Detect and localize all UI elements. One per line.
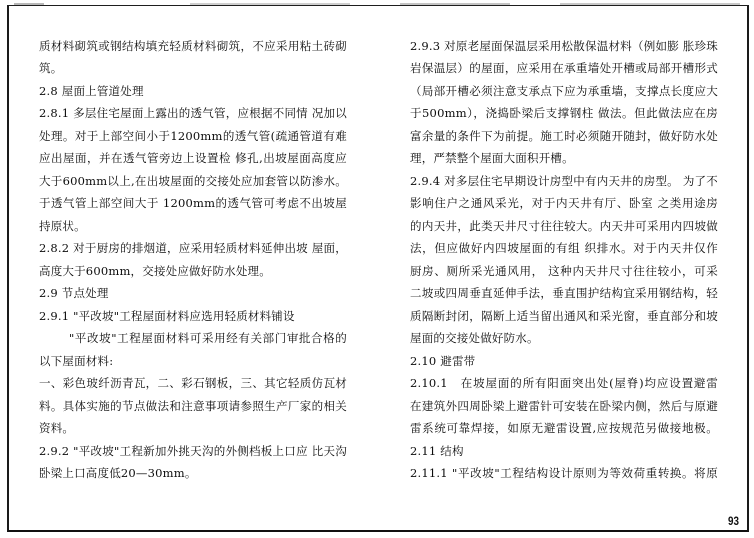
section-heading: 2.11 结构 xyxy=(410,440,718,463)
text-line: 料。具体实施的节点做法和注意事项请参照生产厂家的相关 xyxy=(39,395,347,418)
text-line: 2.8.1 多层住宅屋面上露出的透气管，应根据不同情 况加以 xyxy=(39,102,347,125)
text-line: "平改坡"工程屋面材料可采用经有关部门审批合格的 xyxy=(39,327,347,350)
text-line: 资料。 xyxy=(39,417,347,440)
text-line: 筑。 xyxy=(39,57,347,80)
text-line: 在建筑外四周卧梁上避雷针可安装在卧梁内侧，然后与原避 xyxy=(410,395,718,418)
text-line: 雷系统可靠焊接，如原无避雷设置,应按规范另做接地极。 xyxy=(410,417,718,440)
page-number: 93 xyxy=(728,514,739,528)
text-line: 的内天井，此类天井尺寸往往较大。内天井可采用内四坡做 xyxy=(410,215,718,238)
text-line: 高度大于600mm，交接处应做好防水处理。 xyxy=(39,260,347,283)
section-heading: 2.9 节点处理 xyxy=(39,282,347,305)
text-line: 大于600mm以上,在出坡屋面的交接处应加套管以防渗水。对 xyxy=(39,170,347,193)
left-column: 质材料砌筑或钢结构填充轻质材料砌筑，不应采用粘土砖砌 筑。 2.8 屋面上管道处… xyxy=(39,35,347,485)
section-heading: 2.8 屋面上管道处理 xyxy=(39,80,347,103)
text-line: 质隔断封闭，隔断上适当留出通风和采光窗，垂直部分和坡 xyxy=(410,305,718,328)
text-line: 持原状。 xyxy=(39,215,347,238)
text-line: 2.8.2 对于厨房的排烟道，应采用轻质材料延伸出坡 屋面， xyxy=(39,237,347,260)
section-heading: 2.10 避雷带 xyxy=(410,350,718,373)
text-line: 质材料砌筑或钢结构填充轻质材料砌筑，不应采用粘土砖砌 xyxy=(39,35,347,58)
right-column: 2.9.3 对原老屋面保温层采用松散保温材料（例如膨 胀珍珠 岩保温层）的屋面，… xyxy=(410,35,718,485)
text-line: 于500mm），浇捣卧梁后支撑钢柱 做法。但此做法应在房屋有 xyxy=(410,102,718,125)
text-line: 一、彩色玻纤沥青瓦，二、彩石钢板，三、其它轻质仿瓦材 xyxy=(39,372,347,395)
text-line: 于透气管上部空间大于 1200mm的透气管可考虑不出坡屋面保 xyxy=(39,192,347,215)
text-line: 以下屋面材料: xyxy=(39,350,347,373)
text-line: 应出屋面，并在透气管旁边上设置检 修孔,出坡屋面高度应 xyxy=(39,147,347,170)
text-line: 处理。对于上部空间小于1200mm的透气管(疏通管道有难度) xyxy=(39,125,347,148)
text-line: 2.9.3 对原老屋面保温层采用松散保温材料（例如膨 胀珍珠 xyxy=(410,35,718,58)
text-line: 影响住户之通风采光，对于内天井有厅、卧室 之类用途房间 xyxy=(410,192,718,215)
text-line: 二坡或四周垂直延伸手法，垂直围护结构宜采用钢结构，轻 xyxy=(410,282,718,305)
text-line: 2.10.1 在坡屋面的所有阳面突出处(屋脊)均应设置避雷带。 xyxy=(410,372,718,395)
text-line: 岩保温层）的屋面，应采用在承重墙处开槽或局部开槽形式 xyxy=(410,57,718,80)
text-line: 理，严禁整个屋面大面积开槽。 xyxy=(410,147,718,170)
text-line: 2.9.1 "平改坡"工程屋面材料应选用轻质材料铺设 xyxy=(39,305,347,328)
text-line: 2.9.2 "平改坡"工程新加外挑天沟的外侧档板上口应 比天沟 xyxy=(39,440,347,463)
text-line: 厨房、厕所采光通风用， 这种内天井尺寸往往较小，可采用 xyxy=(410,260,718,283)
text-line: （局部开槽必须注意支承点下应为承重墙，支撑点长度应大 xyxy=(410,80,718,103)
text-line: 卧梁上口高度低20—30mm。 xyxy=(39,462,347,485)
text-line: 法，但应做好内四坡屋面的有组 织排水。对于内天井仅作为 xyxy=(410,237,718,260)
text-line: 2.9.4 对多层住宅早期设计房型中有内天井的房型。 为了不 xyxy=(410,170,718,193)
text-line: 屋面的交接处做好防水。 xyxy=(410,327,718,350)
text-line: 富余量的条件下为前提。施工时必须随开随封，做好防水处 xyxy=(410,125,718,148)
text-line: 2.11.1 "平改坡"工程结构设计原则为等效荷重转换。将原有 xyxy=(410,462,718,485)
